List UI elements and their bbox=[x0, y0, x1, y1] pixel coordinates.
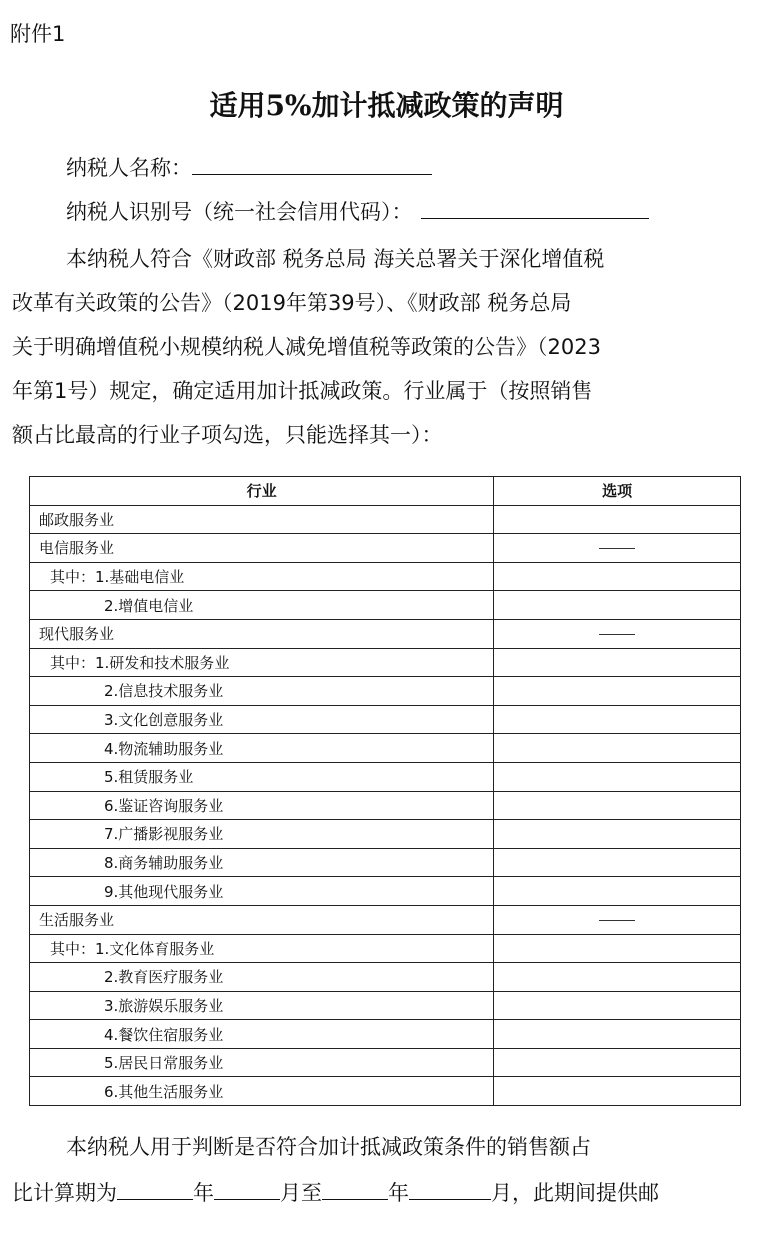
table-row: 5.居民日常服务业 bbox=[30, 1048, 741, 1077]
table-row: 6.鉴证咨询服务业 bbox=[30, 791, 741, 820]
paragraph-line: 额占比最高的行业子项勾选，只能选择其一）： bbox=[12, 413, 750, 457]
paragraph-line: 本纳税人用于判断是否符合加计抵减政策条件的销售额占 bbox=[12, 1124, 750, 1170]
paragraph-line: 本纳税人符合《财政部 税务总局 海关总署关于深化增值税 bbox=[12, 237, 750, 281]
taxpayer-name-blank[interactable] bbox=[192, 154, 432, 175]
period-prefix: 比计算期为 bbox=[12, 1181, 117, 1205]
start-month-blank[interactable] bbox=[214, 1179, 280, 1200]
table-row: 邮政服务业 bbox=[30, 505, 741, 534]
table-row: 7.广播影视服务业 bbox=[30, 820, 741, 849]
option-checkbox-cell[interactable] bbox=[494, 963, 741, 992]
option-checkbox-cell[interactable] bbox=[494, 877, 741, 906]
period-paragraph: 本纳税人用于判断是否符合加计抵减政策条件的销售额占 比计算期为年月至年月，此期间… bbox=[12, 1124, 750, 1216]
taxpayer-id-blank[interactable] bbox=[421, 198, 649, 219]
document-title: 适用5%加计抵减政策的声明 bbox=[0, 84, 773, 124]
start-year-blank[interactable] bbox=[117, 1179, 193, 1200]
period-line: 比计算期为年月至年月，此期间提供邮 bbox=[12, 1170, 750, 1216]
table-row: 电信服务业 bbox=[30, 534, 741, 563]
option-checkbox-cell[interactable] bbox=[494, 677, 741, 706]
option-checkbox-cell[interactable] bbox=[494, 848, 741, 877]
option-checkbox-cell[interactable] bbox=[494, 762, 741, 791]
year-label: 年 bbox=[193, 1181, 214, 1205]
option-checkbox-cell[interactable] bbox=[494, 705, 741, 734]
industry-name: 7.广播影视服务业 bbox=[30, 820, 494, 849]
header-industry: 行业 bbox=[30, 477, 494, 506]
table-row: 4.餐饮住宿服务业 bbox=[30, 1020, 741, 1049]
option-checkbox-cell[interactable] bbox=[494, 591, 741, 620]
end-month-blank[interactable] bbox=[409, 1179, 491, 1200]
table-row: 2.信息技术服务业 bbox=[30, 677, 741, 706]
industry-name: 其中：1.研发和技术服务业 bbox=[30, 648, 494, 677]
option-checkbox-cell[interactable] bbox=[494, 562, 741, 591]
table-row: 其中：1.基础电信业 bbox=[30, 562, 741, 591]
option-checkbox-cell[interactable] bbox=[494, 991, 741, 1020]
option-checkbox-cell[interactable] bbox=[494, 1048, 741, 1077]
dash-mark bbox=[599, 634, 635, 635]
industry-name: 6.其他生活服务业 bbox=[30, 1077, 494, 1106]
option-checkbox-cell[interactable] bbox=[494, 734, 741, 763]
option-checkbox-cell[interactable] bbox=[494, 791, 741, 820]
industry-name: 8.商务辅助服务业 bbox=[30, 848, 494, 877]
dash-mark bbox=[599, 920, 635, 921]
table-row: 其中：1.研发和技术服务业 bbox=[30, 648, 741, 677]
taxpayer-name-field: 纳税人名称： bbox=[66, 152, 432, 182]
table-row: 其中：1.文化体育服务业 bbox=[30, 934, 741, 963]
paragraph-line: 年第1号）规定，确定适用加计抵减政策。行业属于（按照销售 bbox=[12, 369, 750, 413]
table-row: 现代服务业 bbox=[30, 619, 741, 648]
table-row: 生活服务业 bbox=[30, 905, 741, 934]
industry-name: 2.信息技术服务业 bbox=[30, 677, 494, 706]
taxpayer-id-field: 纳税人识别号（统一社会信用代码）： bbox=[66, 196, 649, 226]
table-row: 6.其他生活服务业 bbox=[30, 1077, 741, 1106]
declaration-paragraph: 本纳税人符合《财政部 税务总局 海关总署关于深化增值税 改革有关政策的公告》（2… bbox=[12, 237, 750, 457]
month-to-label: 月至 bbox=[280, 1181, 322, 1205]
option-not-applicable bbox=[494, 619, 741, 648]
industry-name: 5.租赁服务业 bbox=[30, 762, 494, 791]
attachment-label: 附件1 bbox=[10, 18, 65, 48]
industry-name: 电信服务业 bbox=[30, 534, 494, 563]
taxpayer-name-label: 纳税人名称： bbox=[66, 156, 192, 180]
table-row: 3.文化创意服务业 bbox=[30, 705, 741, 734]
paragraph-line: 关于明确增值税小规模纳税人减免增值税等政策的公告》（2023 bbox=[12, 325, 750, 369]
option-checkbox-cell[interactable] bbox=[494, 505, 741, 534]
table-row: 2.教育医疗服务业 bbox=[30, 963, 741, 992]
table-row: 8.商务辅助服务业 bbox=[30, 848, 741, 877]
dash-mark bbox=[599, 548, 635, 549]
option-checkbox-cell[interactable] bbox=[494, 648, 741, 677]
header-option: 选项 bbox=[494, 477, 741, 506]
industry-name: 生活服务业 bbox=[30, 905, 494, 934]
industry-name: 4.物流辅助服务业 bbox=[30, 734, 494, 763]
period-suffix: 月，此期间提供邮 bbox=[491, 1181, 659, 1205]
year-label: 年 bbox=[388, 1181, 409, 1205]
option-not-applicable bbox=[494, 905, 741, 934]
industry-name: 邮政服务业 bbox=[30, 505, 494, 534]
industry-name: 3.旅游娱乐服务业 bbox=[30, 991, 494, 1020]
option-checkbox-cell[interactable] bbox=[494, 1077, 741, 1106]
industry-name: 其中：1.文化体育服务业 bbox=[30, 934, 494, 963]
paragraph-line: 改革有关政策的公告》（2019年第39号）、《财政部 税务总局 bbox=[12, 281, 750, 325]
option-not-applicable bbox=[494, 534, 741, 563]
option-checkbox-cell[interactable] bbox=[494, 820, 741, 849]
industry-name: 6.鉴证咨询服务业 bbox=[30, 791, 494, 820]
table-row: 4.物流辅助服务业 bbox=[30, 734, 741, 763]
industry-name: 9.其他现代服务业 bbox=[30, 877, 494, 906]
industry-name: 2.教育医疗服务业 bbox=[30, 963, 494, 992]
table-row: 5.租赁服务业 bbox=[30, 762, 741, 791]
table-row: 2.增值电信业 bbox=[30, 591, 741, 620]
taxpayer-id-label: 纳税人识别号（统一社会信用代码）： bbox=[66, 200, 413, 224]
table-header-row: 行业 选项 bbox=[30, 477, 741, 506]
industry-name: 4.餐饮住宿服务业 bbox=[30, 1020, 494, 1049]
option-checkbox-cell[interactable] bbox=[494, 934, 741, 963]
industry-name: 现代服务业 bbox=[30, 619, 494, 648]
industry-name: 其中：1.基础电信业 bbox=[30, 562, 494, 591]
industry-table: 行业 选项 邮政服务业电信服务业其中：1.基础电信业2.增值电信业现代服务业其中… bbox=[29, 476, 741, 1106]
industry-name: 3.文化创意服务业 bbox=[30, 705, 494, 734]
industry-name: 2.增值电信业 bbox=[30, 591, 494, 620]
industry-name: 5.居民日常服务业 bbox=[30, 1048, 494, 1077]
table-row: 3.旅游娱乐服务业 bbox=[30, 991, 741, 1020]
end-year-blank[interactable] bbox=[322, 1179, 388, 1200]
table-row: 9.其他现代服务业 bbox=[30, 877, 741, 906]
option-checkbox-cell[interactable] bbox=[494, 1020, 741, 1049]
